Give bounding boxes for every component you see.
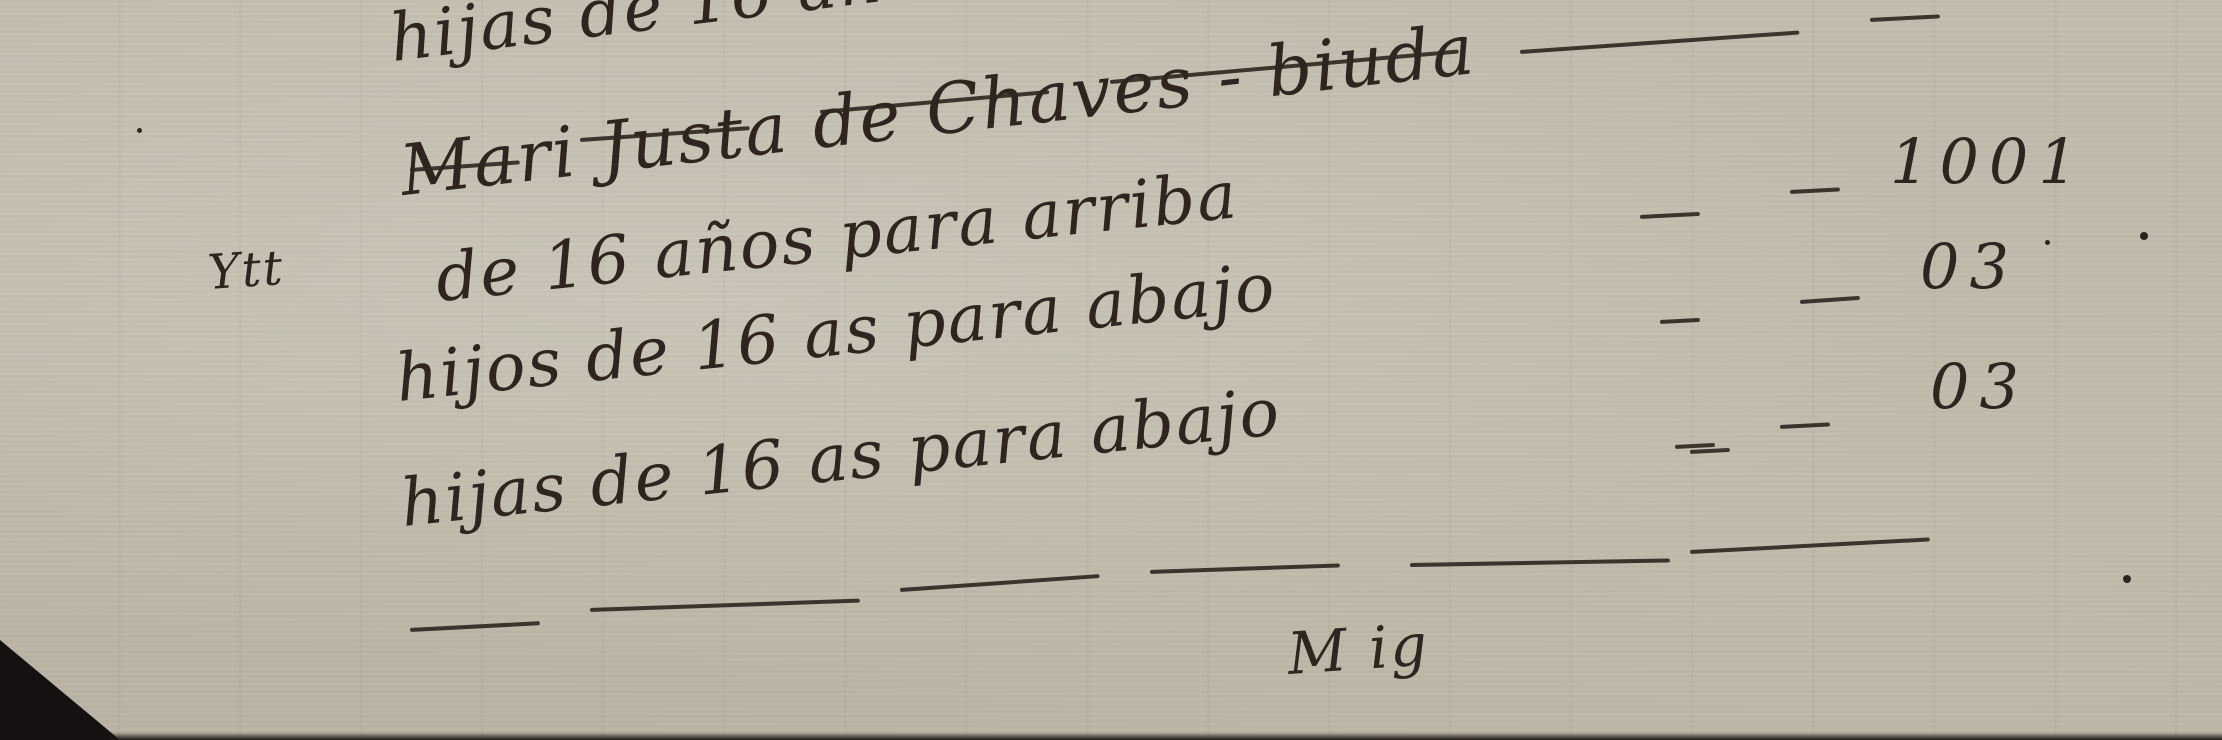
fill-dash [1660,318,1700,324]
ink-dot [2045,240,2050,245]
ink-dot [2140,232,2148,240]
ink-dot [2123,575,2131,583]
fill-dash [1690,448,1730,454]
fill-dash [1780,422,1830,429]
closing-rule [1690,537,1930,554]
fill-dash [1800,296,1860,304]
background-corner [0,640,120,740]
top-line-text: hijas de 16 años [386,0,964,77]
footer-mark: M ig [1285,610,1431,688]
entry-amount: 03 [1930,350,2029,423]
entry-amount: 03 [1920,230,2019,303]
closing-rule [410,621,540,632]
closing-rule [1410,558,1670,567]
ink-dot [137,128,142,133]
entry-amount: 1001 [1890,125,2088,198]
margin-item-mark: Ytt [206,240,286,301]
closing-rule [900,574,1100,592]
fill-dash [1640,212,1700,219]
separator-rule [1870,14,1940,22]
closing-rule [1150,563,1340,574]
fill-dash [1790,187,1840,194]
separator-rule [1520,30,1800,54]
closing-rule [590,599,860,612]
page-bottom-edge [110,732,2222,740]
manuscript-page: hijas de 16 años Ytt Mari Justa de Chave… [0,0,2222,740]
